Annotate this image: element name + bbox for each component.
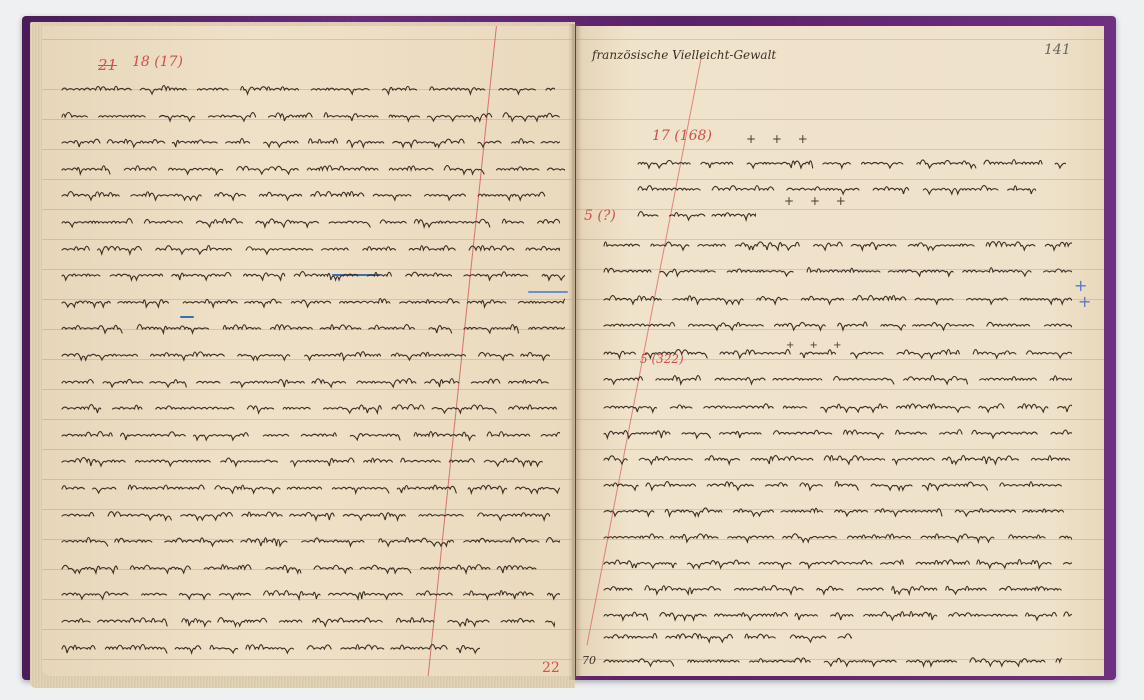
heading-fragment: französische Vielleicht-Gewalt [592, 48, 776, 62]
handwritten-line [602, 262, 1072, 278]
handwritten-line [60, 160, 565, 176]
handwritten-line [602, 606, 1072, 622]
handwritten-line [602, 580, 1072, 596]
handwritten-line [60, 479, 560, 495]
folio-number-crossed: 21 [98, 56, 117, 74]
left-page: 21 18 (17) 22 [42, 26, 572, 676]
handwritten-line [602, 398, 1072, 414]
handwritten-line [60, 107, 560, 123]
handwritten-line [602, 528, 1072, 544]
handwritten-line [602, 290, 1072, 306]
handwritten-line [60, 266, 565, 282]
handwritten-line [60, 506, 560, 522]
handwritten-line [60, 532, 560, 548]
section-mark: + + + [784, 194, 852, 208]
blue-margin-mark: + [1078, 292, 1091, 311]
handwritten-line [602, 476, 1072, 492]
handwritten-line [602, 502, 1072, 518]
handwritten-line [636, 206, 756, 222]
right-page: 141 französische Vielleicht-Gewalt 17 (1… [576, 26, 1104, 676]
section-mark: + + + [746, 132, 814, 146]
handwritten-line [60, 559, 555, 575]
handwritten-line [60, 639, 480, 655]
handwritten-line [602, 554, 1072, 570]
handwritten-line [602, 316, 1072, 332]
handwritten-line [60, 133, 560, 149]
handwritten-line [636, 154, 1066, 170]
handwritten-line [602, 370, 1072, 386]
handwritten-line [60, 293, 565, 309]
page-number-pencil: 141 [1044, 42, 1071, 58]
handwritten-line [60, 186, 560, 202]
handwritten-line [60, 399, 560, 415]
handwritten-line [60, 346, 560, 362]
handwritten-line [60, 240, 560, 256]
handwritten-line [60, 213, 560, 229]
pencil-note-bottom: 70 [582, 654, 596, 667]
page-number-bottom: 22 [542, 660, 560, 676]
handwritten-line [60, 612, 555, 628]
folio-number-red: 18 (17) [132, 54, 183, 70]
handwritten-line [60, 585, 560, 601]
red-folio-note: 5 (?) [584, 208, 616, 224]
handwritten-line [602, 652, 1062, 668]
handwritten-line [602, 450, 1072, 466]
handwritten-line [60, 319, 565, 335]
handwritten-line [602, 236, 1072, 252]
handwritten-line [602, 344, 1072, 360]
handwritten-line [60, 426, 560, 442]
handwritten-line [636, 180, 1036, 196]
handwritten-line [60, 452, 555, 468]
book-spine-gutter [568, 24, 582, 680]
handwritten-line [60, 80, 555, 96]
handwritten-line [60, 373, 560, 389]
handwritten-line [602, 628, 852, 644]
blue-underline [180, 316, 194, 318]
red-folio-note: 17 (168) [652, 128, 712, 144]
handwritten-line [602, 424, 1072, 440]
